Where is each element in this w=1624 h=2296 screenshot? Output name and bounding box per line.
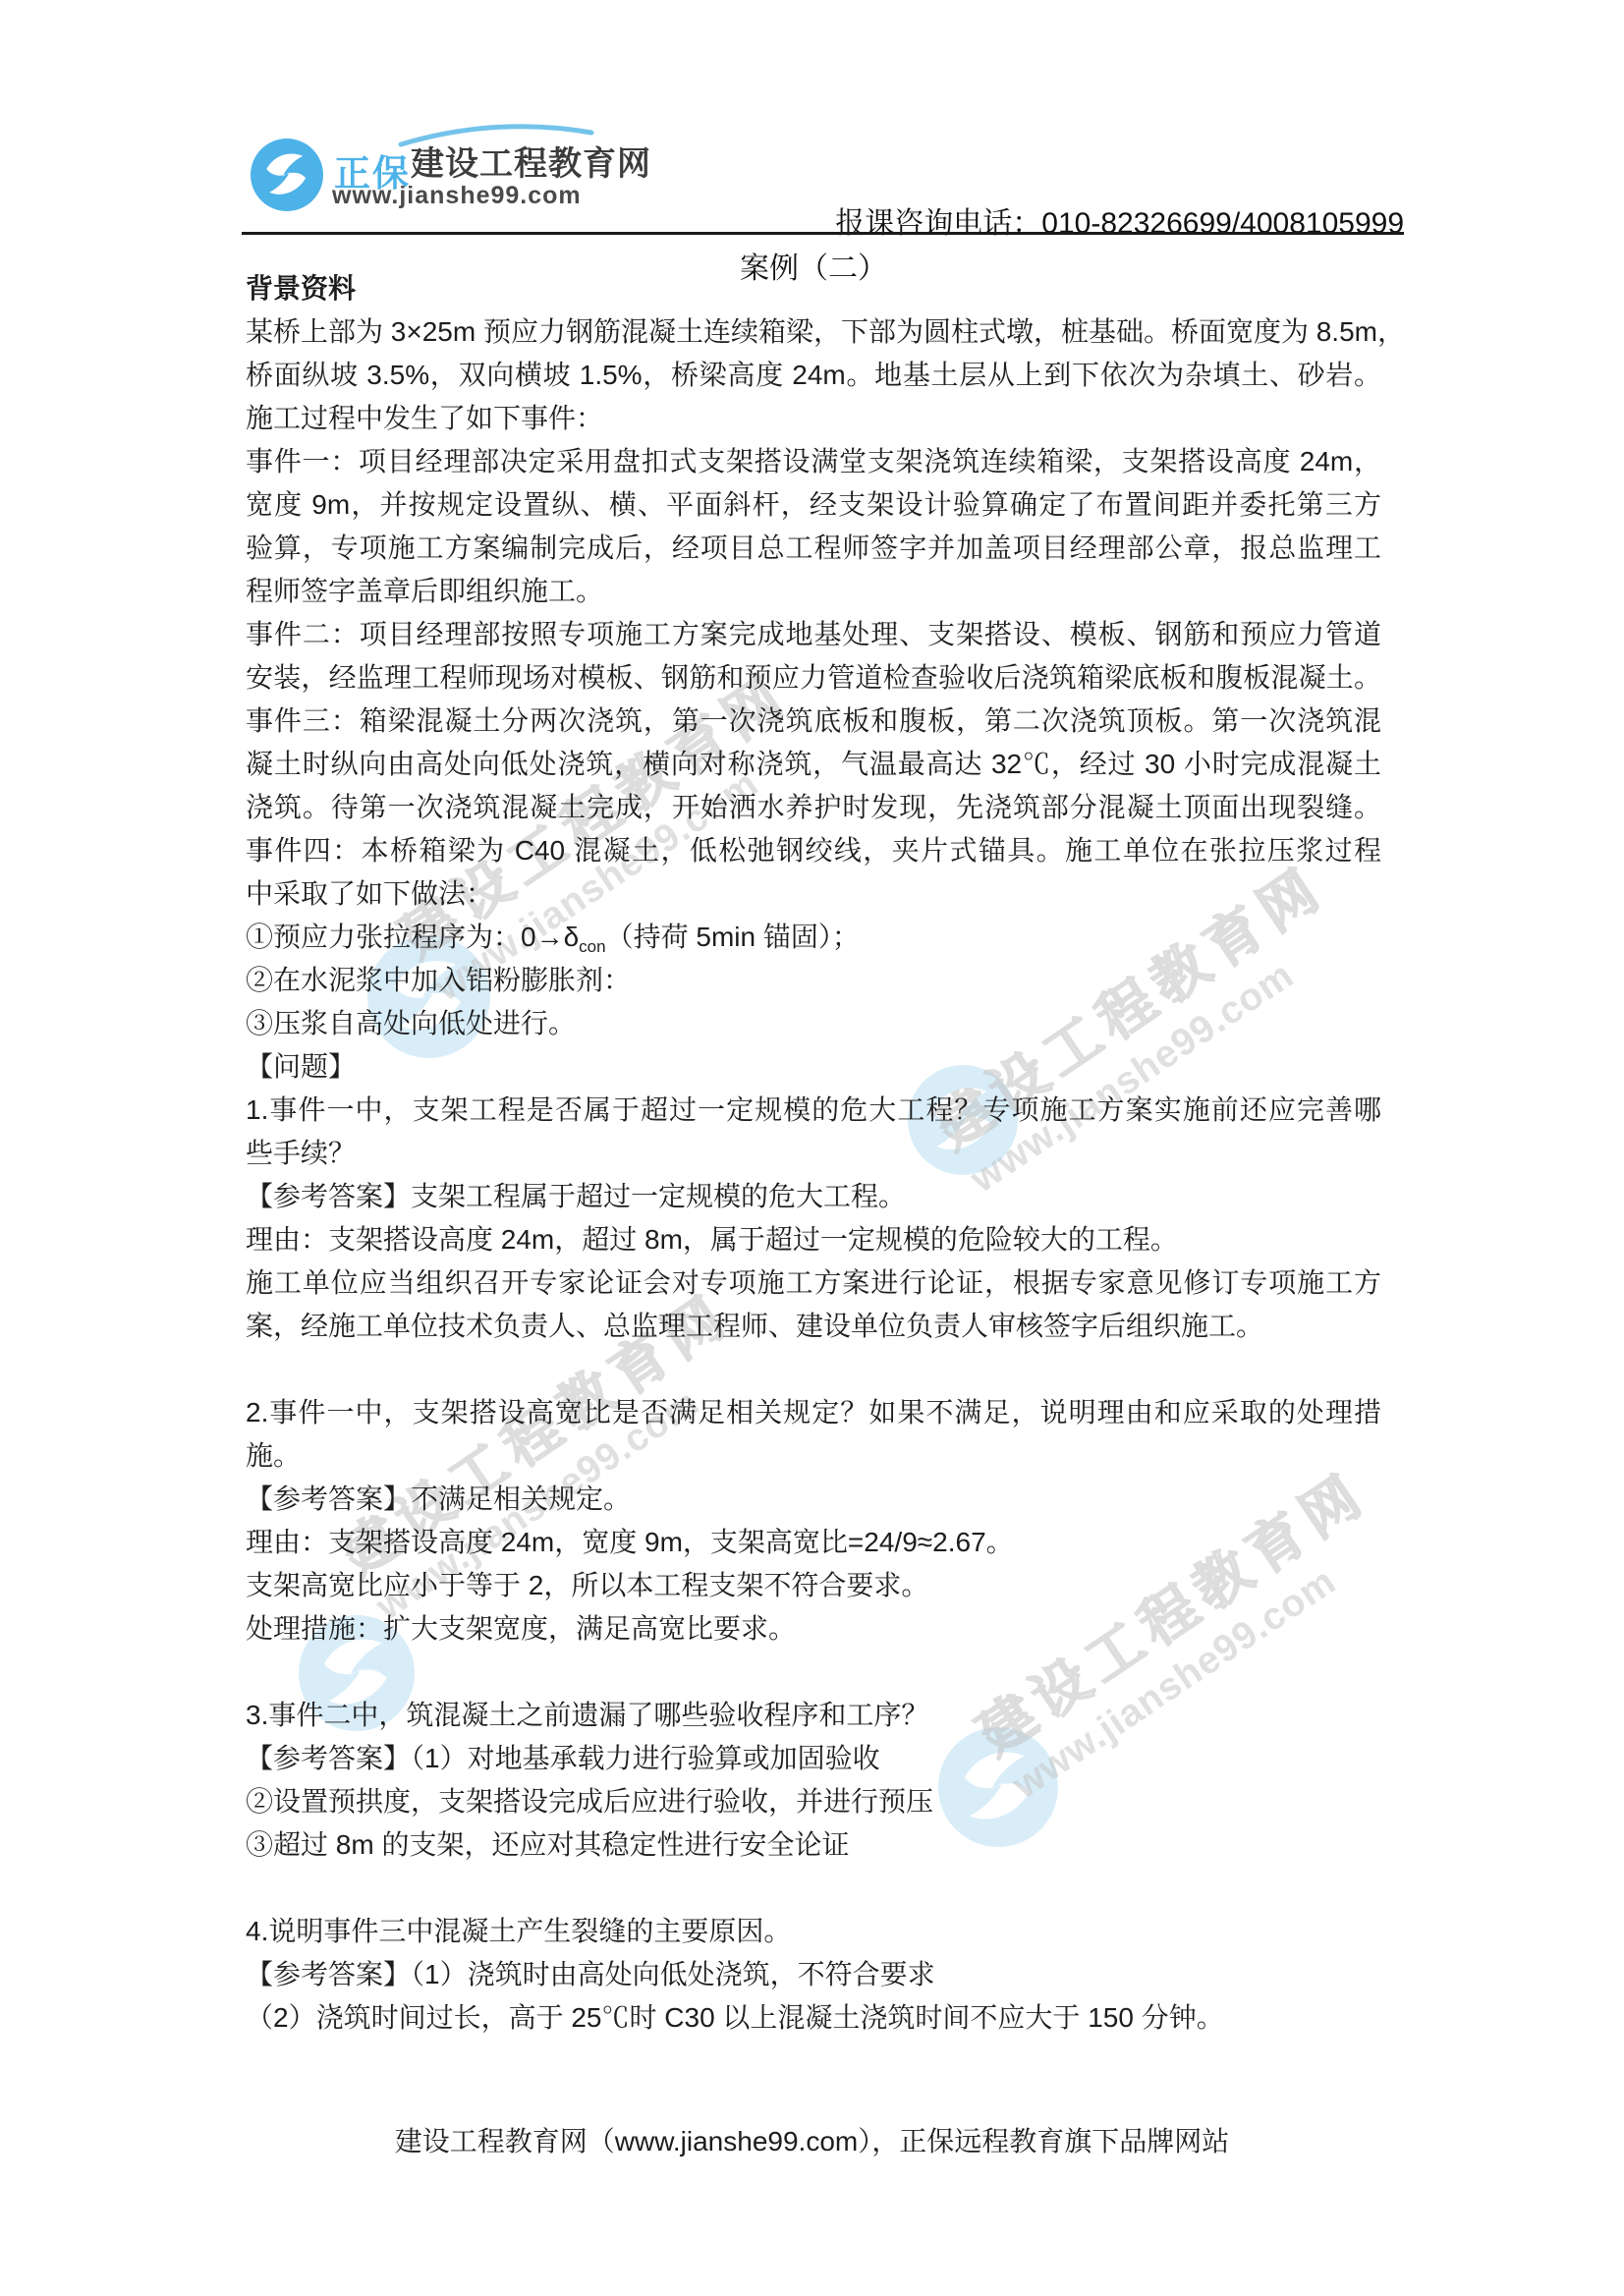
text-line: 理由：支架搭设高度 24m，宽度 9m，支架高宽比=24/9≈2.67。	[246, 1521, 1381, 1564]
text-line: 支架高宽比应小于等于 2，所以本工程支架不符合要求。	[246, 1564, 1381, 1607]
text-line: （2）浇筑时间过长，高于 25℃时 C30 以上混凝土浇筑时间不应大于 150 …	[246, 1996, 1381, 2040]
event-4: 事件四：本桥箱梁为 C40 混凝土，低松弛钢绞线，夹片式锚具。施工单位在张拉压浆…	[246, 829, 1381, 872]
answer-1: 【参考答案】支架工程属于超过一定规模的危大工程。	[246, 1175, 1381, 1218]
text-line: 宽度 9m，并按规定设置纵、横、平面斜杆，经支架设计验算确定了布置间距并委托第三…	[246, 483, 1381, 527]
text-line: 安装，经监理工程师现场对模板、钢筋和预应力管道检查验收后浇筑箱梁底板和腹板混凝土…	[246, 656, 1381, 700]
brand-website: www.jianshe99.com	[332, 182, 582, 210]
answer-3: 【参考答案】（1）对地基承载力进行验算或加固验收	[246, 1737, 1381, 1780]
blank-line	[246, 1867, 1381, 1910]
blank-line	[246, 1348, 1381, 1391]
answer-4: 【参考答案】（1）浇筑时由高处向低处浇筑，不符合要求	[246, 1953, 1381, 1996]
question-3: 3.事件二中，筑混凝土之前遗漏了哪些验收程序和工序？	[246, 1694, 1381, 1737]
text-line: ③超过 8m 的支架，还应对其稳定性进行安全论证	[246, 1823, 1381, 1867]
document-page: 建设工程教育网www.jianshe99.com 建设工程教育网www.jian…	[0, 0, 1624, 2296]
text-line: 某桥上部为 3×25m 预应力钢筋混凝土连续箱梁，下部为圆柱式墩，桩基础。桥面宽…	[246, 310, 1381, 354]
text-line: 理由：支架搭设高度 24m，超过 8m，属于超过一定规模的危险较大的工程。	[246, 1218, 1381, 1261]
document-body: 背景资料某桥上部为 3×25m 预应力钢筋混凝土连续箱梁，下部为圆柱式墩，桩基础…	[246, 267, 1381, 2040]
text-line: 中采取了如下做法：	[246, 872, 1381, 916]
heading-background: 背景资料	[246, 267, 1381, 310]
brand-row: 正保建设工程教育网	[334, 143, 651, 183]
answer-2: 【参考答案】不满足相关规定。	[246, 1478, 1381, 1521]
list-item-2: ②在水泥浆中加入铝粉膨胀剂：	[246, 959, 1381, 1002]
event-3: 事件三：箱梁混凝土分两次浇筑，第一次浇筑底板和腹板，第二次浇筑顶板。第一次浇筑混	[246, 700, 1381, 743]
text-line: 施。	[246, 1434, 1381, 1478]
text-line: 程师签字盖章后即组织施工。	[246, 570, 1381, 613]
text-line: 些手续？	[246, 1132, 1381, 1175]
header-divider	[242, 232, 1404, 235]
brand-name: 建设工程教育网	[411, 145, 651, 183]
text-line: 处理措施：扩大支架宽度，满足高宽比要求。	[246, 1607, 1381, 1651]
phone-label: 报课咨询电话：010-82326699/4008105999	[835, 198, 1404, 242]
text-line: 施工过程中发生了如下事件：	[246, 397, 1381, 440]
page-footer: 建设工程教育网（www.jianshe99.com），正保远程教育旗下品牌网站	[0, 2120, 1624, 2159]
event-2: 事件二：项目经理部按照专项施工方案完成地基处理、支架搭设、模板、钢筋和预应力管道	[246, 613, 1381, 656]
heading-questions: 【问题】	[246, 1045, 1381, 1089]
text-line: 浇筑。待第一次浇筑混凝土完成，开始洒水养护时发现，先浇筑部分混凝土顶面出现裂缝。	[246, 786, 1381, 829]
list-item-3: ③压浆自高处向低处进行。	[246, 1002, 1381, 1045]
question-1: 1.事件一中，支架工程是否属于超过一定规模的危大工程？专项施工方案实施前还应完善…	[246, 1089, 1381, 1132]
list-item-1: ①预应力张拉程序为：0→δcon（持荷 5min 锚固）；	[246, 916, 1381, 959]
text-line: 验算，专项施工方案编制完成后，经项目总工程师签字并加盖项目经理部公章，报总监理工	[246, 527, 1381, 570]
text-line: 桥面纵坡 3.5%，双向横坡 1.5%，桥梁高度 24m。地基土层从上到下依次为…	[246, 354, 1381, 397]
event-1: 事件一：项目经理部决定采用盘扣式支架搭设满堂支架浇筑连续箱梁，支架搭设高度 24…	[246, 440, 1381, 483]
text-line: 凝土时纵向由高处向低处浇筑，横向对称浇筑，气温最高达 32℃，经过 30 小时完…	[246, 743, 1381, 786]
question-4: 4.说明事件三中混凝土产生裂缝的主要原因。	[246, 1910, 1381, 1953]
brand-logo-icon	[251, 139, 323, 211]
text-line: ②设置预拱度，支架搭设完成后应进行验收，并进行预压	[246, 1780, 1381, 1823]
blank-line	[246, 1651, 1381, 1694]
text-line: 案，经施工单位技术负责人、总监理工程师、建设单位负责人审核签字后组织施工。	[246, 1305, 1381, 1348]
question-2: 2.事件一中，支架搭设高宽比是否满足相关规定？如果不满足，说明理由和应采取的处理…	[246, 1391, 1381, 1434]
text-line: 施工单位应当组织召开专家论证会对专项施工方案进行论证，根据专家意见修订专项施工方	[246, 1261, 1381, 1305]
